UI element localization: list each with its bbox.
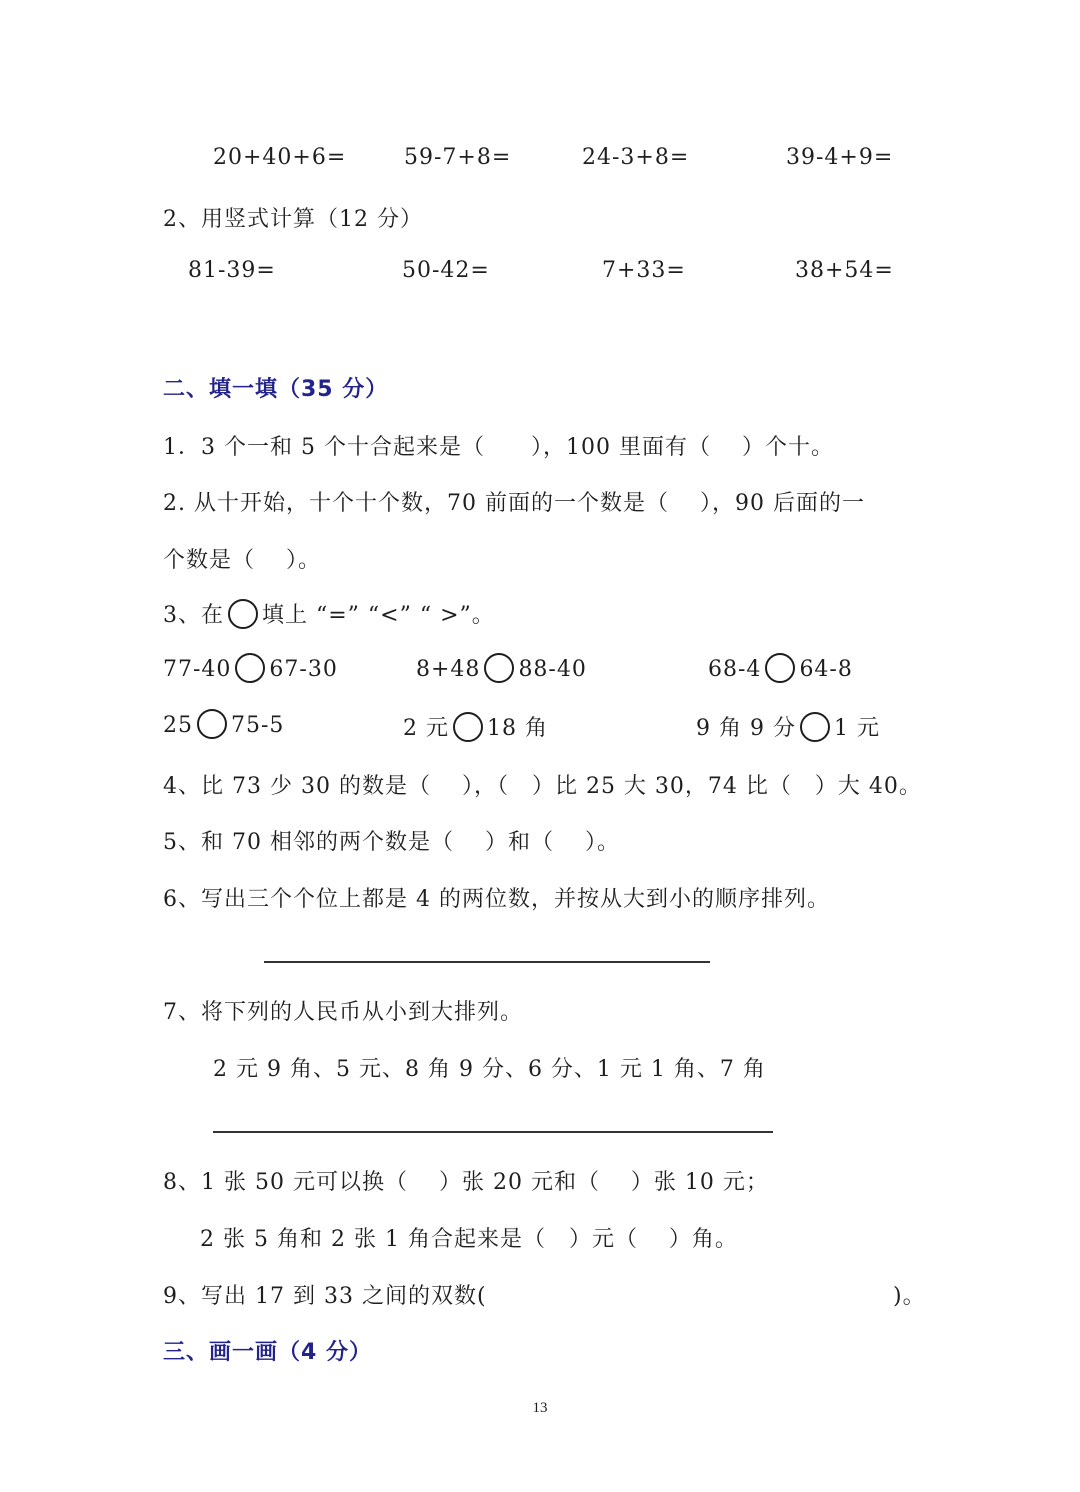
compare-circle[interactable] [197, 709, 227, 739]
compare-item: 2 元18 角 [403, 711, 548, 744]
fill-q7-items: 2 元 9 角、5 元、8 角 9 分、6 分、1 元 1 角、7 角 [213, 1052, 766, 1083]
answer-line-q6[interactable] [264, 961, 710, 963]
q2-title: 2、用竖式计算（12 分） [163, 202, 423, 233]
compare-circle[interactable] [453, 712, 483, 742]
fill-q5: 5、和 70 相邻的两个数是（ ）和（ ）。 [163, 825, 620, 856]
fill-q8-line2: 2 张 5 角和 2 张 1 角合起来是（ ）元（ ）角。 [200, 1222, 738, 1253]
section2-heading: 二、填一填（35 分） [163, 372, 388, 403]
compare-item: 68-464-8 [708, 655, 853, 685]
compare-item: 2575-5 [163, 711, 284, 741]
section3-heading: 三、画一画（4 分） [163, 1335, 372, 1366]
fill-q7: 7、将下列的人民币从小到大排列。 [163, 995, 523, 1026]
compare-circle[interactable] [765, 653, 795, 683]
oral-calc-4: 39-4+9= [786, 145, 893, 170]
fill-q1: 1．3 个一和 5 个十合起来是（ ），100 里面有（ ）个十。 [163, 430, 834, 461]
vertical-calc-3: 7+33= [602, 258, 686, 283]
compare-item: 9 角 9 分1 元 [696, 711, 880, 744]
q3-suffix: 填上 “=” “<” “ >”。 [262, 603, 495, 628]
fill-q2-line1: 2. 从十开始，十个十个数，70 前面的一个数是（ ），90 后面的一 [163, 486, 865, 517]
fill-q3: 3、在填上 “=” “<” “ >”。 [163, 598, 495, 631]
compare-circle[interactable] [235, 653, 265, 683]
oral-calc-2: 59-7+8= [404, 145, 511, 170]
circle-icon [228, 599, 258, 629]
compare-item: 8+4888-40 [416, 655, 587, 685]
page-number: 13 [0, 1400, 1080, 1417]
vertical-calc-4: 38+54= [795, 258, 894, 283]
fill-q9-start: 9、写出 17 到 33 之间的双数( [163, 1279, 487, 1310]
vertical-calc-1: 81-39= [188, 258, 276, 283]
oral-calc-3: 24-3+8= [582, 145, 689, 170]
fill-q9-end: )。 [893, 1279, 926, 1310]
compare-circle[interactable] [800, 712, 830, 742]
fill-q2-line2: 个数是（ ）。 [163, 543, 321, 574]
answer-line-q7[interactable] [213, 1131, 773, 1133]
q3-prefix: 3、在 [163, 603, 224, 628]
vertical-calc-2: 50-42= [402, 258, 490, 283]
compare-circle[interactable] [484, 653, 514, 683]
fill-q8-line1: 8、1 张 50 元可以换（ ）张 20 元和（ ）张 10 元； [163, 1165, 769, 1196]
fill-q4: 4、比 73 少 30 的数是（ ），（ ）比 25 大 30，74 比（ ）大… [163, 769, 922, 800]
fill-q6: 6、写出三个个位上都是 4 的两位数，并按从大到小的顺序排列。 [163, 882, 830, 913]
compare-item: 77-4067-30 [163, 655, 338, 685]
oral-calc-1: 20+40+6= [213, 145, 346, 170]
